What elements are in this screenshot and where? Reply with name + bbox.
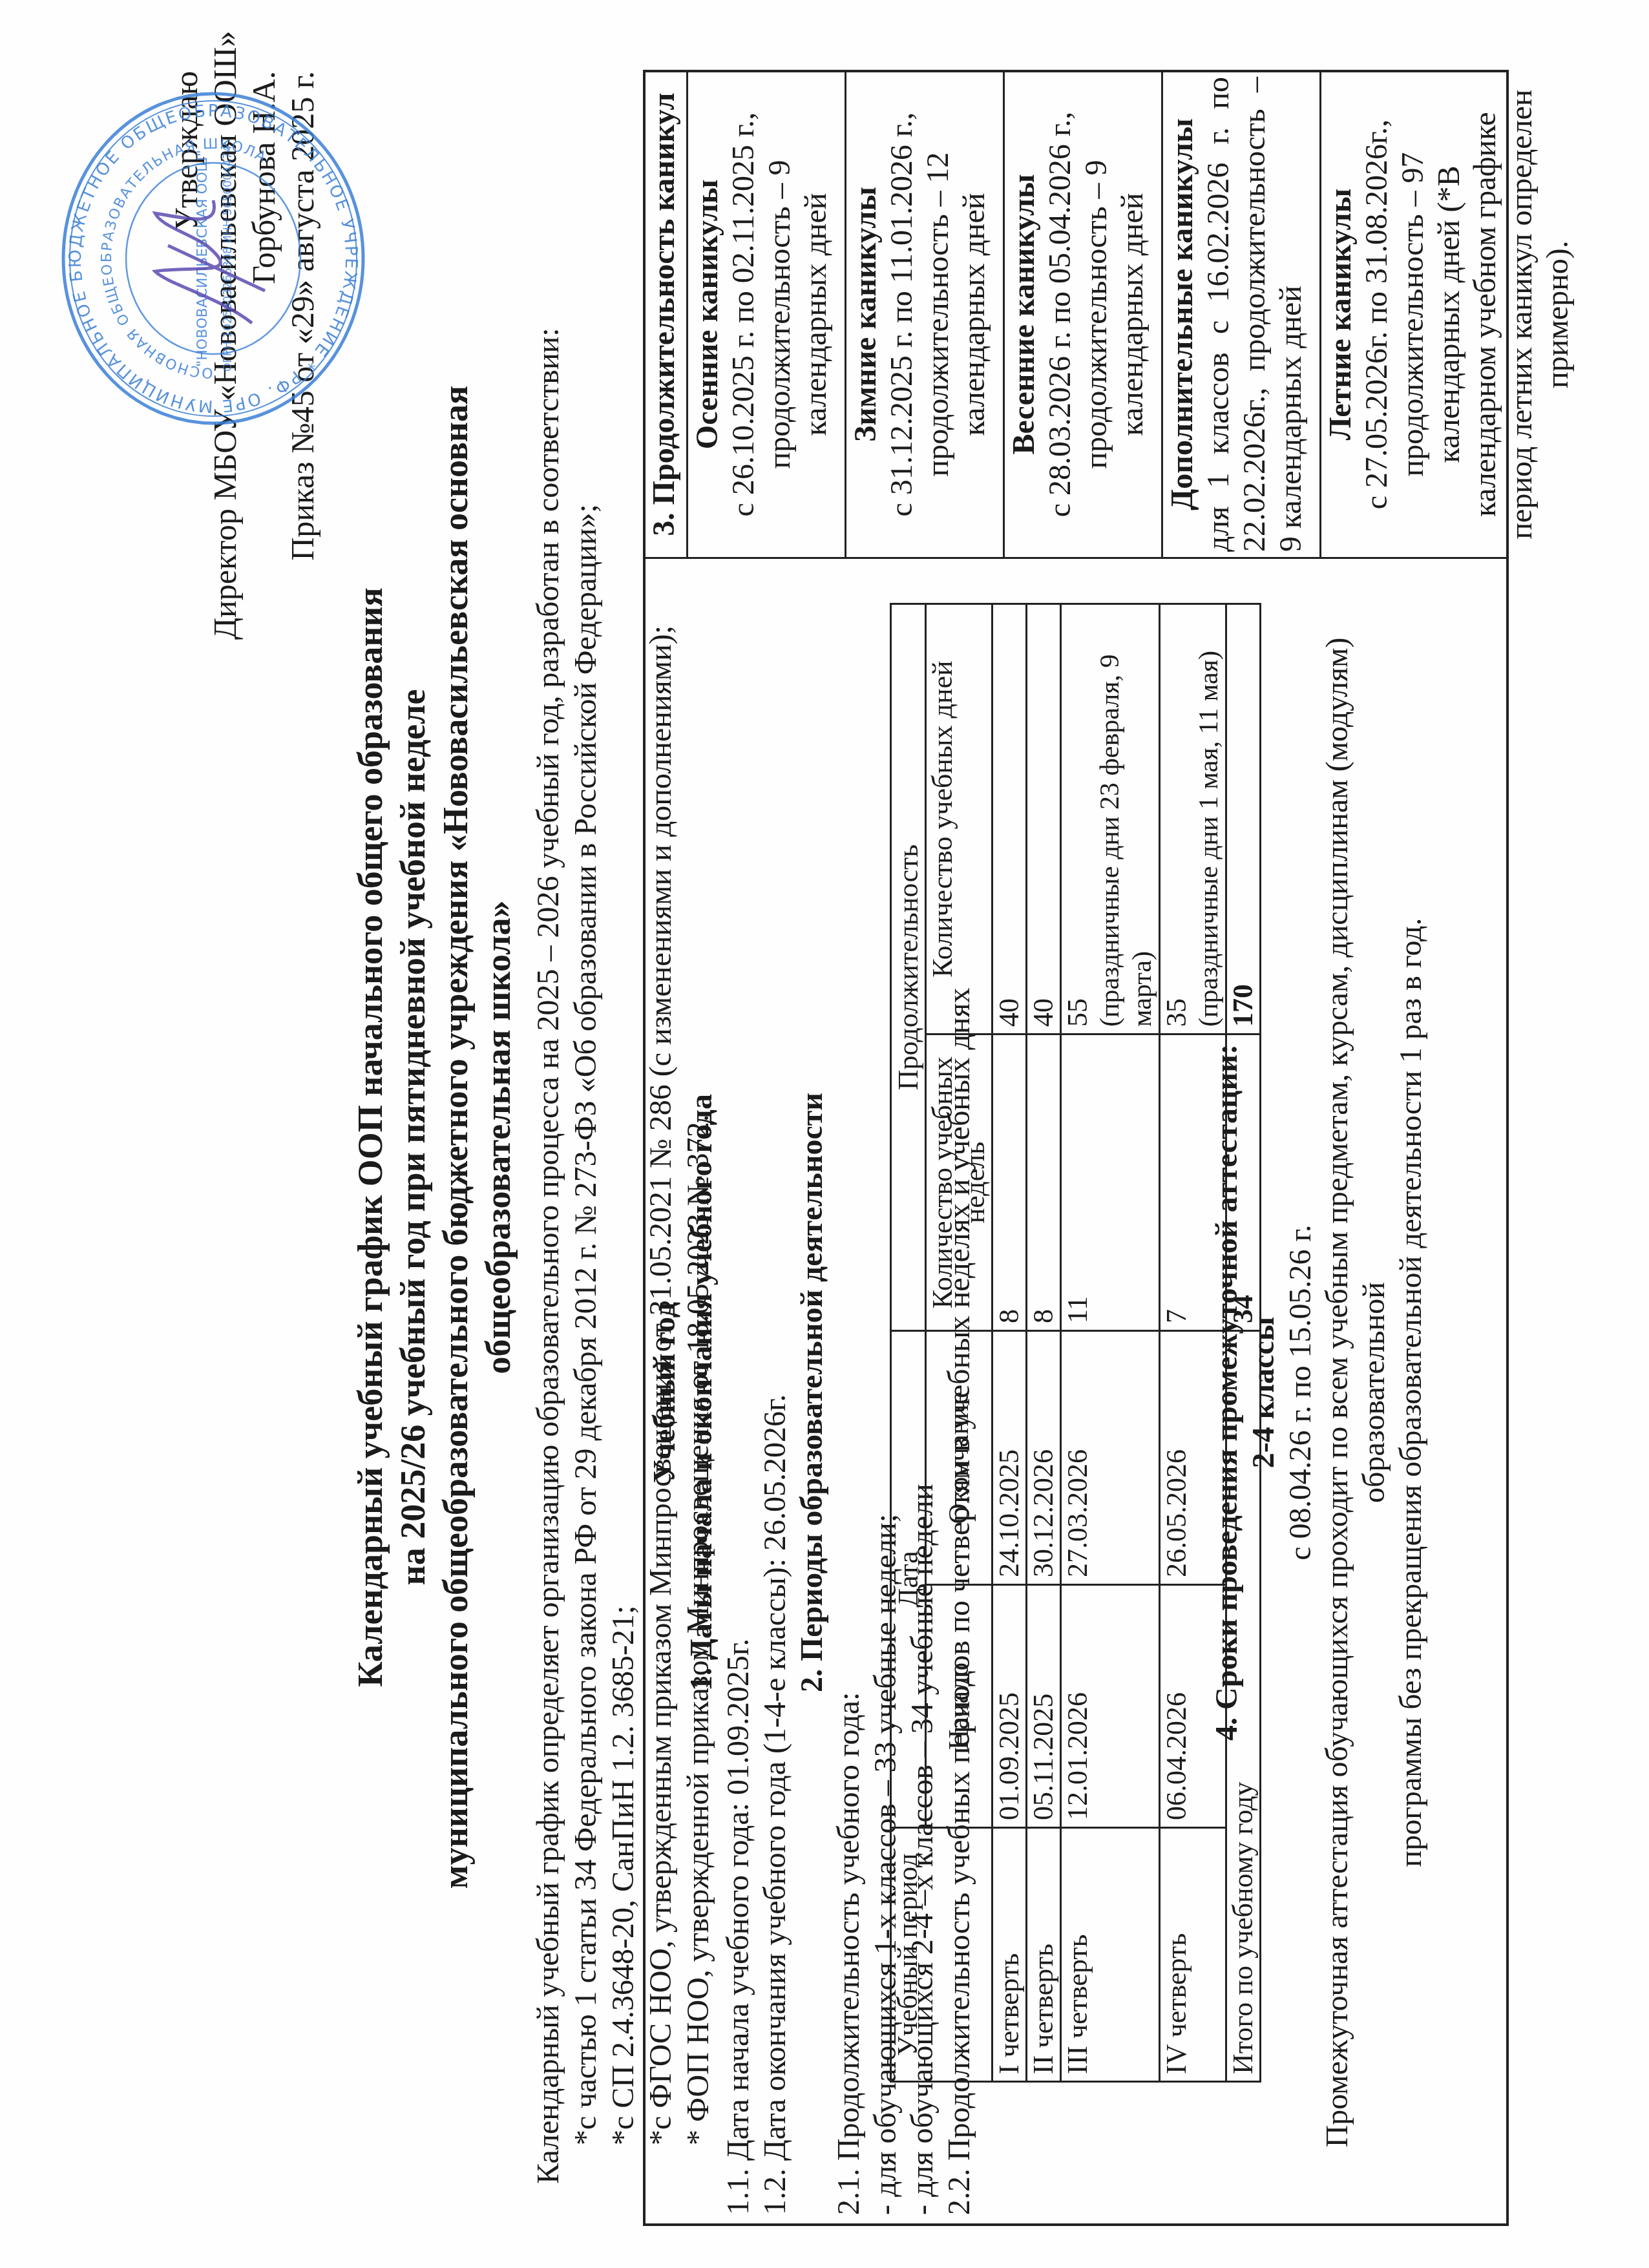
holiday-title: Зимние каникулы bbox=[848, 77, 884, 552]
holiday-note: (праздничные дни 23 февраля, 9 марта) bbox=[1094, 611, 1159, 1027]
days-value: 55 bbox=[1062, 611, 1094, 1027]
attestation-heading: 4. Сроки проведения промежуточной аттест… bbox=[1208, 562, 1245, 2223]
holiday-autumn: Осенние каникулы с 26.10.2025 г. по 02.1… bbox=[688, 72, 846, 557]
attestation-section: 4. Сроки проведения промежуточной аттест… bbox=[1208, 562, 1429, 2223]
section-1-heading: 1. Даты начала и окончания учебного года bbox=[683, 562, 720, 2223]
section-1-item: 1.2. Дата окончания учебного года (1-4-е… bbox=[757, 562, 793, 2223]
cell-weeks: 8 bbox=[1027, 1034, 1061, 1331]
academic-year-heading: Учебный год bbox=[646, 562, 683, 2223]
holiday-title: Осенние каникулы bbox=[689, 77, 726, 552]
cell-days: 55 (праздничные дни 23 февраля, 9 марта) bbox=[1061, 604, 1160, 1034]
cell-days: 40 bbox=[1027, 604, 1061, 1034]
holiday-dates: с 31.12.2025 г. по 11.01.2026 г., bbox=[884, 77, 920, 552]
title-line: муниципального общеобразовательного бюдж… bbox=[434, 200, 477, 2074]
header-duration: Продолжительность bbox=[891, 604, 926, 1331]
cell-period: I четверть bbox=[993, 1828, 1027, 2082]
holiday-title: Летние каникулы bbox=[1323, 77, 1359, 552]
title-line: общеобразовательная школа» bbox=[477, 200, 520, 2074]
header-date: Дата bbox=[891, 1331, 926, 1828]
attestation-dates: с 08.04.26 г. по 15.05.26 г. bbox=[1282, 562, 1319, 2223]
cell-start: 05.11.2025 bbox=[1027, 1585, 1061, 1828]
header-weeks: Количество учебных недель bbox=[926, 1034, 993, 1331]
days-value: 35 bbox=[1161, 611, 1193, 1027]
attestation-text: Промежуточная аттестация обучающихся про… bbox=[1319, 562, 1392, 2223]
holidays-section: 3. Продолжительность каникул Осенние кан… bbox=[646, 72, 1579, 557]
header-start: Начало bbox=[926, 1585, 993, 1828]
holiday-duration: продолжительность – 9 календарных дней bbox=[1078, 77, 1151, 552]
holiday-dates: для 1 классов с 16.02.2026 г. по 22.02.2… bbox=[1201, 77, 1309, 552]
cell-end: 27.03.2026 bbox=[1061, 1331, 1160, 1585]
holiday-additional: Дополнительные каникулы для 1 классов с … bbox=[1163, 72, 1321, 557]
header-period: Учебный период bbox=[891, 1828, 993, 2082]
official-stamp-icon: МУНИЦИПАЛЬНОЕ БЮДЖЕТНОЕ ОБЩЕОБРАЗОВАТЕЛЬ… bbox=[58, 78, 368, 439]
header-end: Окончание bbox=[926, 1331, 993, 1585]
holiday-dates: с 28.03.2026 г. по 05.04.2026 г., bbox=[1042, 77, 1078, 552]
header-days: Количество учебных дней bbox=[926, 604, 993, 1034]
holiday-title: Весенние каникулы bbox=[1006, 77, 1042, 552]
attestation-text: программы без прекращения образовательно… bbox=[1392, 562, 1429, 2223]
cell-end: 30.12.2026 bbox=[1027, 1331, 1061, 1585]
holiday-dates: с 26.10.2025 г. по 02.11.2025 г., bbox=[726, 77, 762, 552]
holiday-duration: продолжительность – 9 календарных дней bbox=[762, 77, 834, 552]
cell-end: 24.10.2025 bbox=[993, 1331, 1027, 1585]
svg-text:ОГРН 1025603266308 ИНН 5650004: ОГРН 1025603266308 ИНН 5650004474 bbox=[222, 145, 235, 372]
cell-period: III четверть bbox=[1061, 1828, 1160, 2082]
attestation-grades: 2-4 классы bbox=[1245, 562, 1282, 2223]
document-title: Календарный учебный график ООП начальног… bbox=[349, 200, 520, 2074]
document-page: Утверждаю Директор МБОУ «Нововасильевска… bbox=[0, 0, 1649, 2268]
quarters-table-wrapper: Учебный период Дата Продолжительность На… bbox=[890, 603, 1261, 2083]
section-2-heading: 2. Периоды образовательной деятельности bbox=[793, 562, 830, 2223]
quarters-table: Учебный период Дата Продолжительность На… bbox=[890, 603, 1261, 2083]
intro-lead: Календарный учебный график определяет ор… bbox=[530, 310, 567, 2184]
cell-period: II четверть bbox=[1027, 1828, 1061, 2082]
cell-days: 40 bbox=[993, 604, 1027, 1034]
cell-weeks: 11 bbox=[1061, 1034, 1160, 1331]
legal-reference: *с частью 1 статьи 34 Федерального закон… bbox=[567, 310, 605, 2184]
holiday-summer: Летние каникулы с 27.05.2026г. по 31.08.… bbox=[1321, 72, 1579, 557]
holiday-duration: продолжительность – 12 календарных дней bbox=[920, 77, 993, 552]
cell-weeks: 8 bbox=[993, 1034, 1027, 1331]
legal-reference: *с СП 2.4.3648-20, СанПиН 1.2. 3685-21; bbox=[605, 310, 642, 2184]
section-2-item: 2.1. Продолжительность учебного года: bbox=[830, 562, 867, 2223]
holiday-spring: Весенние каникулы с 28.03.2026 г. по 05.… bbox=[1005, 72, 1163, 557]
holiday-duration: продолжительность – 97 календарных дней … bbox=[1395, 77, 1576, 552]
svg-text:ОСНОВНАЯ ОБЩЕОБРАЗОВАТЕЛЬНАЯ Ш: ОСНОВНАЯ ОБЩЕОБРАЗОВАТЕЛЬНАЯ ШКОЛА bbox=[99, 136, 269, 381]
section-1-item: 1.1. Дата начала учебного года: 01.09.20… bbox=[720, 562, 757, 2223]
table-row: III четверть 12.01.2026 27.03.2026 11 55… bbox=[1061, 604, 1160, 2082]
holiday-title: Дополнительные каникулы bbox=[1164, 77, 1201, 552]
holiday-winter: Зимние каникулы с 31.12.2025 г. по 11.01… bbox=[846, 72, 1005, 557]
title-line: Календарный учебный график ООП начальног… bbox=[349, 200, 392, 2074]
title-line: на 2025/26 учебный год при пятидневной у… bbox=[392, 200, 434, 2074]
table-row: II четверть 05.11.2025 30.12.2026 8 40 bbox=[1027, 604, 1061, 2082]
column-divider bbox=[643, 557, 1509, 559]
holiday-dates: с 27.05.2026г. по 31.08.2026г., bbox=[1359, 77, 1395, 552]
cell-start: 12.01.2026 bbox=[1061, 1585, 1160, 1828]
table-row: I четверть 01.09.2025 24.10.2025 8 40 bbox=[993, 604, 1027, 2082]
holidays-heading: 3. Продолжительность каникул bbox=[646, 72, 688, 557]
cell-start: 01.09.2025 bbox=[993, 1585, 1027, 1828]
